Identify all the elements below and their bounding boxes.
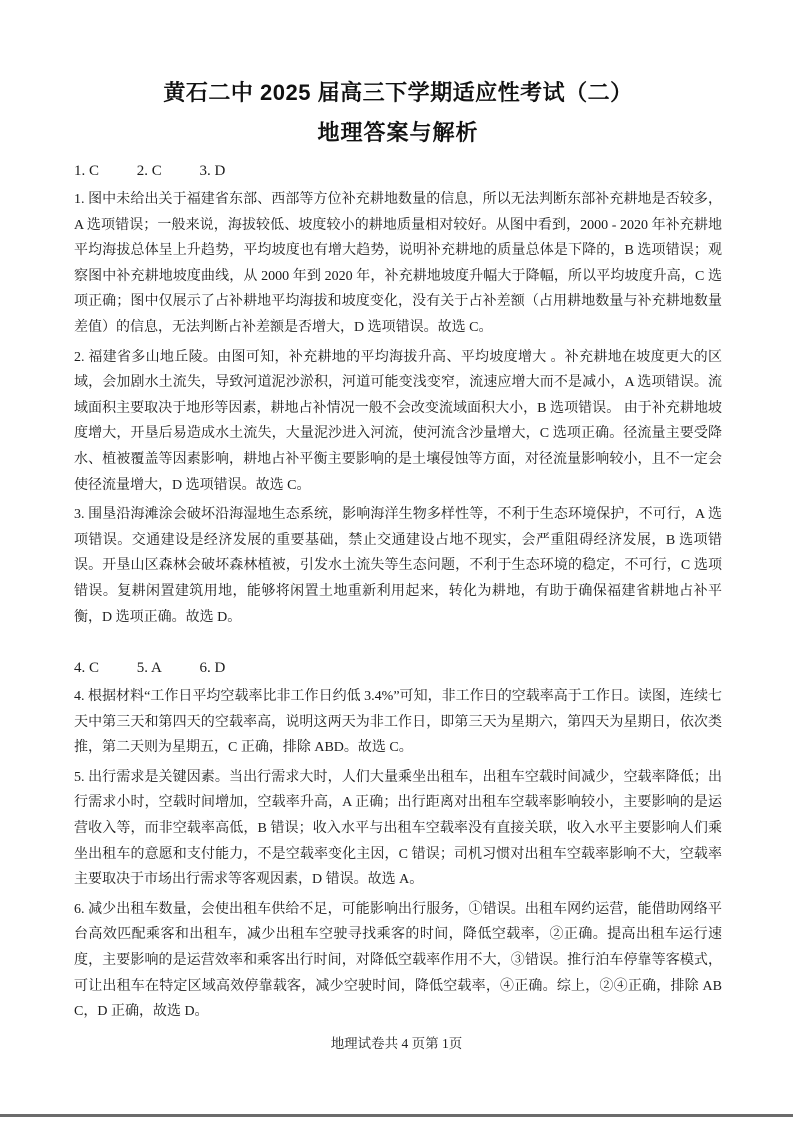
answer-key-line-1: 1. C 2. C 3. D: [74, 161, 722, 181]
explanation-q2: 2. 福建省多山地丘陵。由图可知，补充耕地的平均海拔升高、平均坡度增大 。补充耕…: [74, 345, 722, 499]
answer-key-item-4: 4. C: [74, 660, 99, 676]
answer-key-line-2: 4. C 5. A 6. D: [74, 658, 722, 678]
page-title: 黄石二中 2025 届高三下学期适应性考试（二）: [74, 80, 722, 106]
page-footer: 地理试卷共 4 页第 1页: [0, 1032, 793, 1052]
answer-key-item-3: 3. D: [200, 163, 226, 179]
page-subtitle: 地理答案与解析: [74, 119, 722, 147]
document-page: 黄石二中 2025 届高三下学期适应性考试（二） 地理答案与解析 1. C 2.…: [0, 0, 793, 1122]
explanation-q4: 4. 根据材料“工作日平均空载率比非工作日约低 3.4%”可知，非工作日的空载率…: [74, 684, 722, 761]
explanation-q3: 3. 围垦沿海滩涂会破坏沿海湿地生态系统，影响海洋生物多样性等，不利于生态环境保…: [74, 502, 722, 630]
scan-edge-line: [0, 1114, 793, 1117]
answer-key-item-5: 5. A: [137, 660, 162, 676]
answer-key-item-1: 1. C: [74, 163, 99, 179]
answer-key-item-2: 2. C: [137, 163, 162, 179]
explanation-q6: 6. 减少出租车数量，会使出租车供给不足，可能影响出行服务，①错误。出租车网约运…: [74, 897, 722, 1025]
answer-key-item-6: 6. D: [200, 660, 226, 676]
explanation-q5: 5. 出行需求是关键因素。当出行需求大时，人们大量乘坐出租车，出租车空载时间减少…: [74, 765, 722, 893]
explanation-q1: 1. 图中未给出关于福建省东部、西部等方位补充耕地数量的信息，所以无法判断东部补…: [74, 187, 722, 341]
